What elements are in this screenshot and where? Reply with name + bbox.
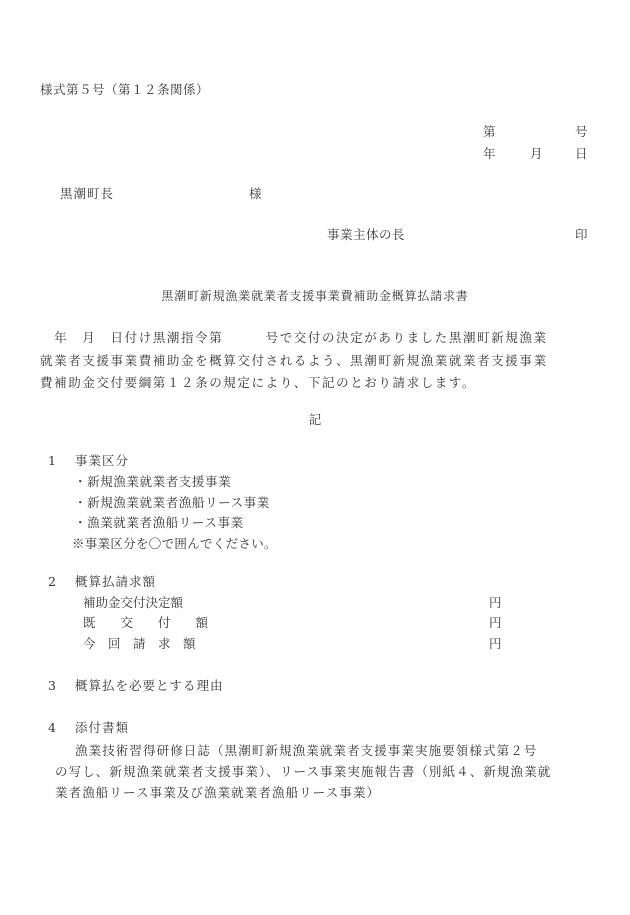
seal-mark: 印 bbox=[575, 229, 588, 242]
date-year: 年 bbox=[483, 148, 496, 161]
document-title: 黒潮町新規漁業就業者支援事業費補助金概算払請求書 bbox=[0, 290, 630, 302]
category-item: ・新規漁業就業者漁船リース事業 bbox=[74, 497, 270, 510]
category-note: ※事業区分を〇で囲んでください。 bbox=[72, 538, 277, 551]
date-month: 月 bbox=[530, 148, 543, 161]
attachment-line: の写し、新規漁業就業者支援事業）、リース事業実施報告書（別紙４、新規漁業就 bbox=[55, 761, 551, 782]
amount-label-already-paid: 既 交 付 額 bbox=[83, 617, 208, 630]
section-title: 事業区分 bbox=[75, 455, 129, 468]
amount-unit: 円 bbox=[489, 617, 502, 630]
attachments-description: 漁業技術習得研修日誌（黒潮町新規漁業就業者支援事業実施要領様式第２号 の写し、新… bbox=[55, 740, 551, 803]
amount-unit: 円 bbox=[489, 638, 502, 651]
date-day: 日 bbox=[575, 148, 588, 161]
category-item: ・漁業就業者漁船リース事業 bbox=[74, 517, 244, 530]
body-line: 費補助金交付要綱第１２条の規定により、下記のとおり請求します。 bbox=[40, 372, 592, 395]
addressee-honorific: 様 bbox=[249, 188, 262, 201]
amount-label-decided: 補助金交付決定額 bbox=[83, 597, 183, 610]
body-line: 就業者支援事業費補助金を概算交付されるよう、黒潮町新規漁業就業者支援事業 bbox=[40, 350, 592, 373]
amount-label-this-request: 今 回 請 求 額 bbox=[83, 638, 196, 651]
number-suffix: 号 bbox=[575, 126, 588, 139]
body-line: 年 月 日付け黒潮指令第 号で交付の決定がありました黒潮町新規漁業 bbox=[40, 327, 592, 350]
ki-heading: 記 bbox=[0, 414, 630, 427]
attachment-line: 業者漁船リース事業及び漁業就業者漁船リース事業） bbox=[55, 782, 551, 803]
category-item: ・新規漁業就業者支援事業 bbox=[74, 476, 231, 489]
section-number: 2 bbox=[48, 576, 56, 589]
section-title: 概算払を必要とする理由 bbox=[75, 680, 224, 693]
section-number: 4 bbox=[48, 722, 56, 735]
section-title: 概算払請求額 bbox=[75, 576, 156, 589]
attachment-line: 漁業技術習得研修日誌（黒潮町新規漁業就業者支援事業実施要領様式第２号 bbox=[55, 740, 551, 761]
section-number: 1 bbox=[48, 455, 56, 468]
section-number: 3 bbox=[48, 680, 56, 693]
form-number-label: 様式第５号（第１２条関係） bbox=[40, 84, 209, 97]
number-prefix: 第 bbox=[483, 126, 496, 139]
addressee-name: 黒潮町長 bbox=[60, 188, 114, 201]
amount-unit: 円 bbox=[489, 597, 502, 610]
applicant-label: 事業主体の長 bbox=[327, 229, 405, 242]
section-title: 添付書類 bbox=[75, 722, 129, 735]
request-body: 年 月 日付け黒潮指令第 号で交付の決定がありました黒潮町新規漁業 就業者支援事… bbox=[40, 327, 592, 395]
